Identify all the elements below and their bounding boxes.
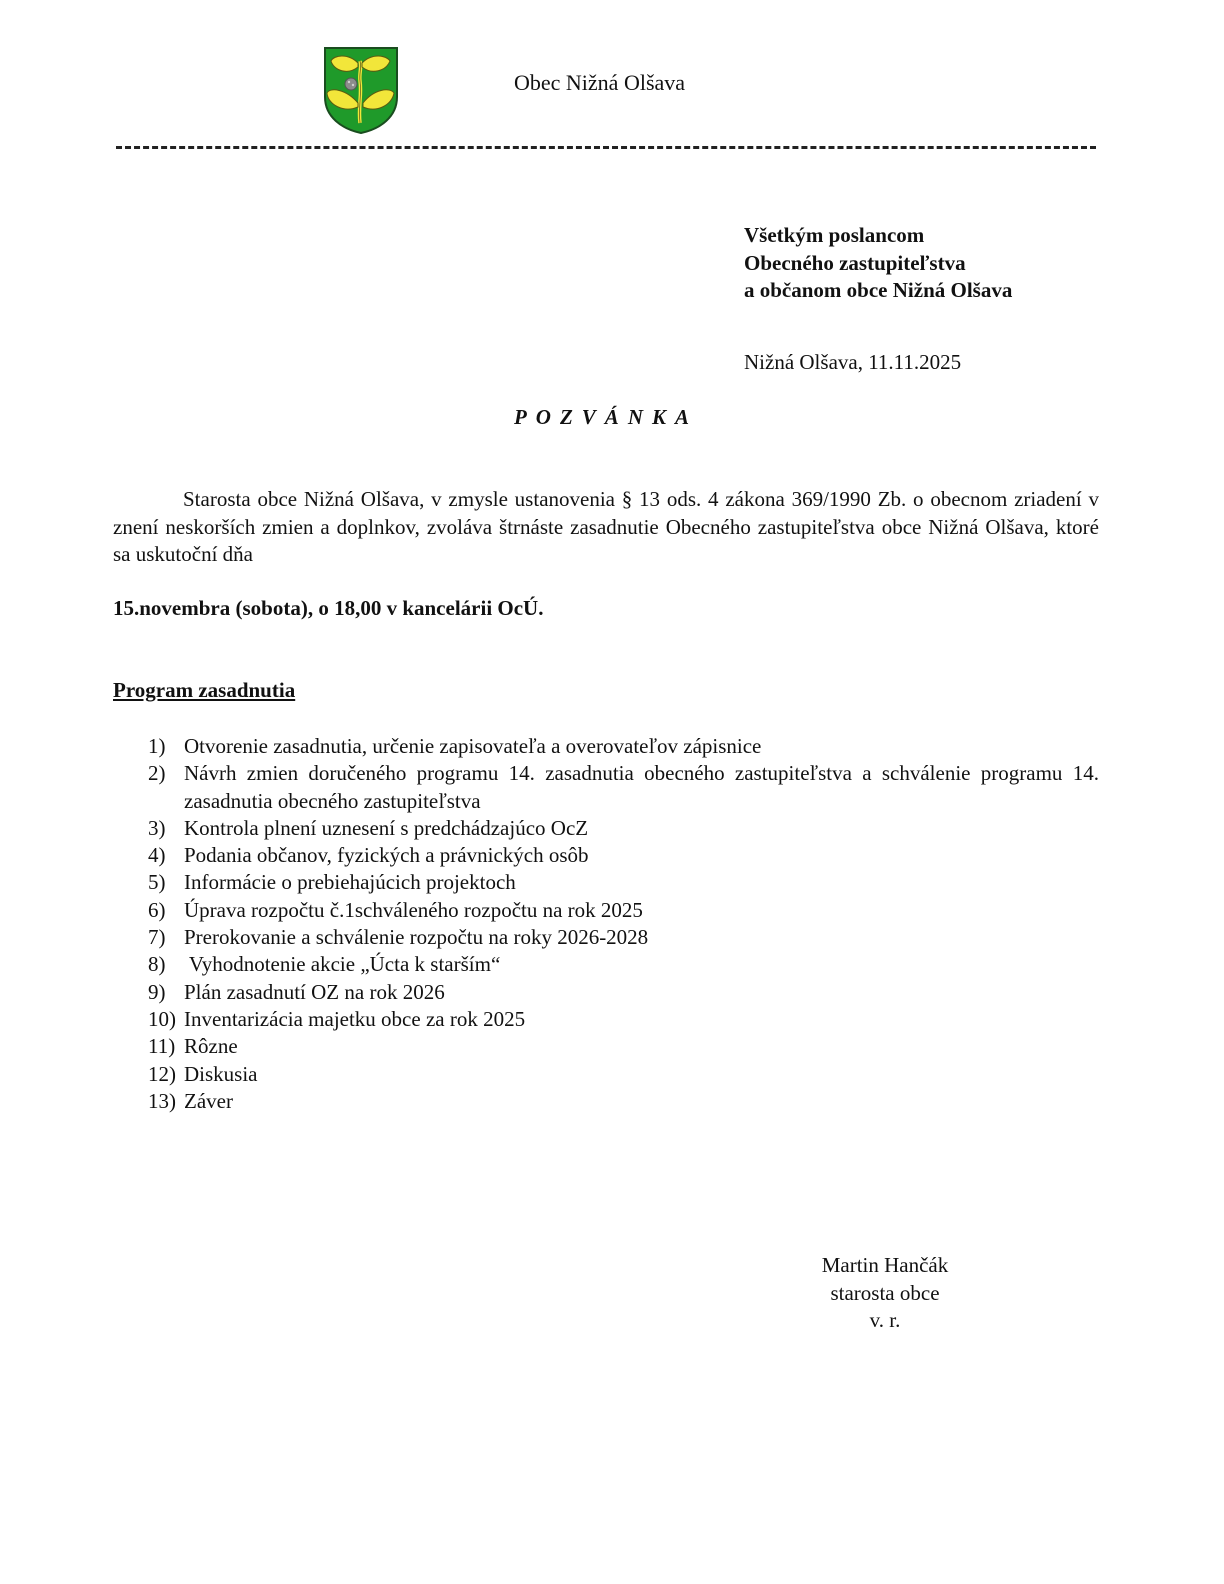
recipient-line: Obecného zastupiteľstva	[744, 250, 1012, 278]
agenda-item-text: Prerokovanie a schválenie rozpočtu na ro…	[184, 924, 1099, 951]
agenda-item: 1)Otvorenie zasadnutia, určenie zapisova…	[148, 733, 1099, 760]
agenda-item-number: 7)	[148, 924, 184, 951]
agenda-item-text: Záver	[184, 1088, 1099, 1115]
agenda-item-number: 13)	[148, 1088, 184, 1115]
agenda-list: 1)Otvorenie zasadnutia, určenie zapisova…	[148, 733, 1099, 1115]
agenda-item-text: Návrh zmien doručeného programu 14. zasa…	[184, 760, 1099, 815]
agenda-item-text: Kontrola plnení uznesení s predchádzajúc…	[184, 815, 1099, 842]
signatory-role: starosta obce	[790, 1280, 980, 1308]
agenda-item-number: 9)	[148, 979, 184, 1006]
agenda-item: 13)Záver	[148, 1088, 1099, 1115]
agenda-item-number: 11)	[148, 1033, 184, 1060]
agenda-item-number: 2)	[148, 760, 184, 787]
agenda-item-number: 6)	[148, 897, 184, 924]
meeting-date-time-location: 15.novembra (sobota), o 18,00 v kancelár…	[113, 596, 543, 621]
agenda-item: 10)Inventarizácia majetku obce za rok 20…	[148, 1006, 1099, 1033]
agenda-item-text: Informácie o prebiehajúcich projektoch	[184, 869, 1099, 896]
agenda-item: 9)Plán zasadnutí OZ na rok 2026	[148, 979, 1099, 1006]
agenda-item-number: 12)	[148, 1061, 184, 1088]
agenda-item-number: 5)	[148, 869, 184, 896]
agenda-item-text: Diskusia	[184, 1061, 1099, 1088]
signature-note: v. r.	[790, 1307, 980, 1335]
agenda-item: 4)Podania občanov, fyzických a právnický…	[148, 842, 1099, 869]
agenda-item-number: 4)	[148, 842, 184, 869]
agenda-item-text: Plán zasadnutí OZ na rok 2026	[184, 979, 1099, 1006]
agenda-item-number: 8)	[148, 951, 184, 978]
document-title: POZVÁNKA	[0, 405, 1212, 430]
agenda-item-text: Úprava rozpočtu č.1schváleného rozpočtu …	[184, 897, 1099, 924]
recipient-block: Všetkým poslancom Obecného zastupiteľstv…	[744, 222, 1012, 305]
signatory-name: Martin Hančák	[790, 1252, 980, 1280]
signature-block: Martin Hančák starosta obce v. r.	[790, 1252, 980, 1335]
agenda-item: 6)Úprava rozpočtu č.1schváleného rozpočt…	[148, 897, 1099, 924]
header-divider	[116, 146, 1096, 149]
intro-paragraph: Starosta obce Nižná Olšava, v zmysle ust…	[113, 486, 1099, 569]
agenda-item-text: Vyhodnotenie akcie „Úcta k starším“	[184, 951, 1099, 978]
agenda-item-number: 1)	[148, 733, 184, 760]
agenda-item-text: Rôzne	[184, 1033, 1099, 1060]
agenda-item: 11)Rôzne	[148, 1033, 1099, 1060]
agenda-item-number: 3)	[148, 815, 184, 842]
agenda-item-text: Otvorenie zasadnutia, určenie zapisovate…	[184, 733, 1099, 760]
agenda-item: 8) Vyhodnotenie akcie „Úcta k starším“	[148, 951, 1099, 978]
agenda-item: 7)Prerokovanie a schválenie rozpočtu na …	[148, 924, 1099, 951]
agenda-item: 12)Diskusia	[148, 1061, 1099, 1088]
agenda-item: 3)Kontrola plnení uznesení s predchádzaj…	[148, 815, 1099, 842]
agenda-item-number: 10)	[148, 1006, 184, 1033]
recipient-line: Všetkým poslancom	[744, 222, 1012, 250]
place-and-date: Nižná Olšava, 11.11.2025	[744, 350, 961, 375]
agenda-item: 2)Návrh zmien doručeného programu 14. za…	[148, 760, 1099, 815]
agenda-item-text: Podania občanov, fyzických a právnických…	[184, 842, 1099, 869]
organization-name: Obec Nižná Olšava	[514, 70, 685, 96]
agenda-item-text: Inventarizácia majetku obce za rok 2025	[184, 1006, 1099, 1033]
recipient-line: a občanom obce Nižná Olšava	[744, 277, 1012, 305]
program-heading: Program zasadnutia	[113, 678, 295, 703]
municipal-coat-of-arms-icon	[322, 45, 400, 135]
agenda-item: 5)Informácie o prebiehajúcich projektoch	[148, 869, 1099, 896]
